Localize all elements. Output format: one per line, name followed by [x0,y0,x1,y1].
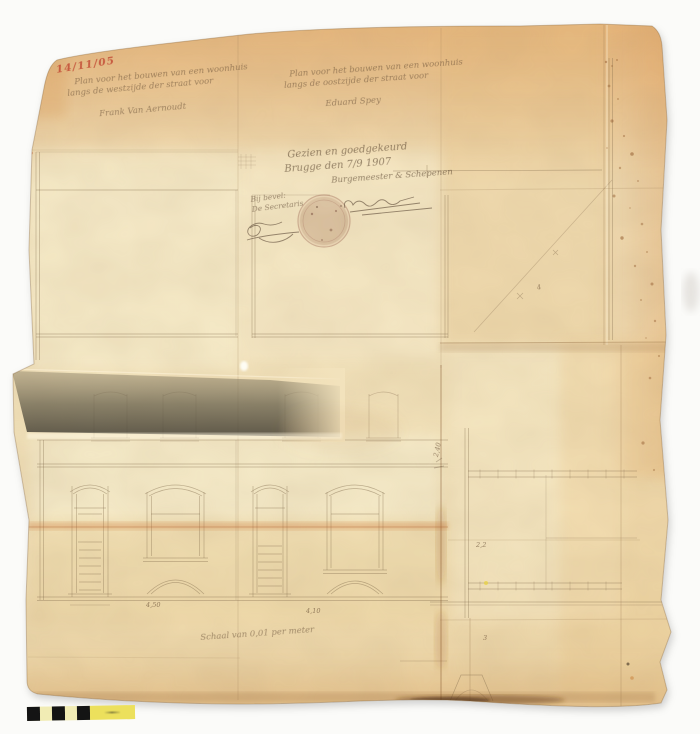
dimension-joist-top: 2,40 [432,442,443,458]
dimension-facade-left: 4,50 [146,601,160,609]
scale-bar-yellow-segment [90,705,135,720]
note-block-left: Plan voor het bouwen van een woonhuis la… [66,62,251,123]
dimension-joist-mid: 2,2 [476,541,486,549]
scale-bar-square [52,706,65,720]
note-left-name: Frank Van Aernoudt [99,96,251,121]
dimension-facade-center: 4,10 [306,607,320,615]
scale-bar-marking [104,711,120,713]
scale-bar-square [77,706,90,720]
note-center-name: Eduard Spey [325,89,465,110]
scanned-building-plan-photo: 14/11/05 Plan voor het bouwen van een wo… [0,0,700,734]
dimension-mid-right: 4 [536,283,542,292]
note-block-center: Plan voor het bouwen van een woonhuis la… [283,57,466,113]
scale-bar-gap [65,706,77,720]
scale-bar-square [27,707,40,721]
photo-scale-bar [27,705,135,721]
handwriting-layer: 14/11/05 Plan voor het bouwen van een wo… [0,0,700,734]
approval-block: Gezien en goedgekeurd Brugge den 7/9 190… [283,137,453,190]
scale-note: Schaal van 0,01 per meter [200,625,315,644]
secretary-block: Bij bevel: De Secretaris [250,189,304,215]
dimension-detail-bottom: 3 [483,634,487,642]
scale-bar-gap [40,707,52,721]
